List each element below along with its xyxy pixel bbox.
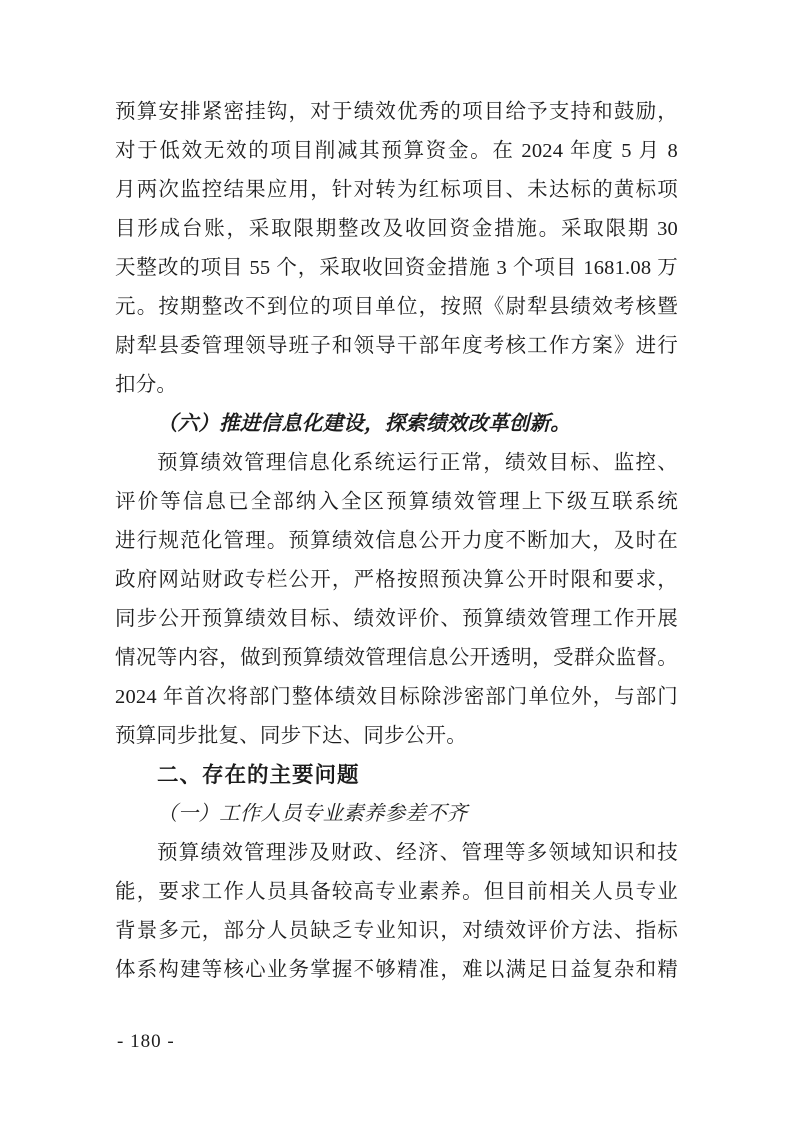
text-line: 月两次监控结果应用，针对转为红标项目、未达标的黄标项 (115, 171, 678, 210)
text-line: 能，要求工作人员具备较高专业素养。但目前相关人员专业 (115, 873, 678, 912)
text-line: 预算同步批复、同步下达、同步公开。 (115, 717, 678, 756)
text-line: 政府网站财政专栏公开，严格按照预决算公开时限和要求， (115, 561, 678, 600)
document-body: 预算安排紧密挂钩，对于绩效优秀的项目给予支持和鼓励， 对于低效无效的项目削减其预… (115, 93, 678, 990)
text-line: 天整改的项目 55 个，采取收回资金措施 3 个项目 1681.08 万 (115, 249, 678, 288)
section-heading-6: （六）推进信息化建设，探索绩效改革创新。 (115, 405, 678, 444)
text-line: 进行规范化管理。预算绩效信息公开力度不断加大，及时在 (115, 522, 678, 561)
text-line: 对于低效无效的项目削减其预算资金。在 2024 年度 5 月 8 (115, 132, 678, 171)
text-line: 预算绩效管理涉及财政、经济、管理等多领域知识和技 (115, 834, 678, 873)
text-line: 目形成台账，采取限期整改及收回资金措施。采取限期 30 (115, 210, 678, 249)
page-number: - 180 - (117, 1030, 175, 1054)
text-line: 元。按期整改不到位的项目单位，按照《尉犁县绩效考核暨 (115, 288, 678, 327)
subsection-1-heading: （一）工作人员专业素养参差不齐 (115, 795, 678, 834)
text-line: 2024 年首次将部门整体绩效目标除涉密部门单位外，与部门 (115, 678, 678, 717)
text-line: 预算安排紧密挂钩，对于绩效优秀的项目给予支持和鼓励， (115, 93, 678, 132)
document-page: 预算安排紧密挂钩，对于绩效优秀的项目给予支持和鼓励， 对于低效无效的项目削减其预… (0, 0, 793, 1122)
text-line: 背景多元，部分人员缺乏专业知识，对绩效评价方法、指标 (115, 912, 678, 951)
text-line: 情况等内容，做到预算绩效管理信息公开透明，受群众监督。 (115, 639, 678, 678)
text-line: 尉犁县委管理领导班子和领导干部年度考核工作方案》进行 (115, 327, 678, 366)
text-line: 同步公开预算绩效目标、绩效评价、预算绩效管理工作开展 (115, 600, 678, 639)
text-line: 评价等信息已全部纳入全区预算绩效管理上下级互联系统 (115, 483, 678, 522)
text-line: 预算绩效管理信息化系统运行正常，绩效目标、监控、 (115, 444, 678, 483)
section-2-heading: 二、存在的主要问题 (115, 756, 678, 795)
text-line: 体系构建等核心业务掌握不够精准，难以满足日益复杂和精 (115, 951, 678, 990)
text-line: 扣分。 (115, 366, 678, 405)
